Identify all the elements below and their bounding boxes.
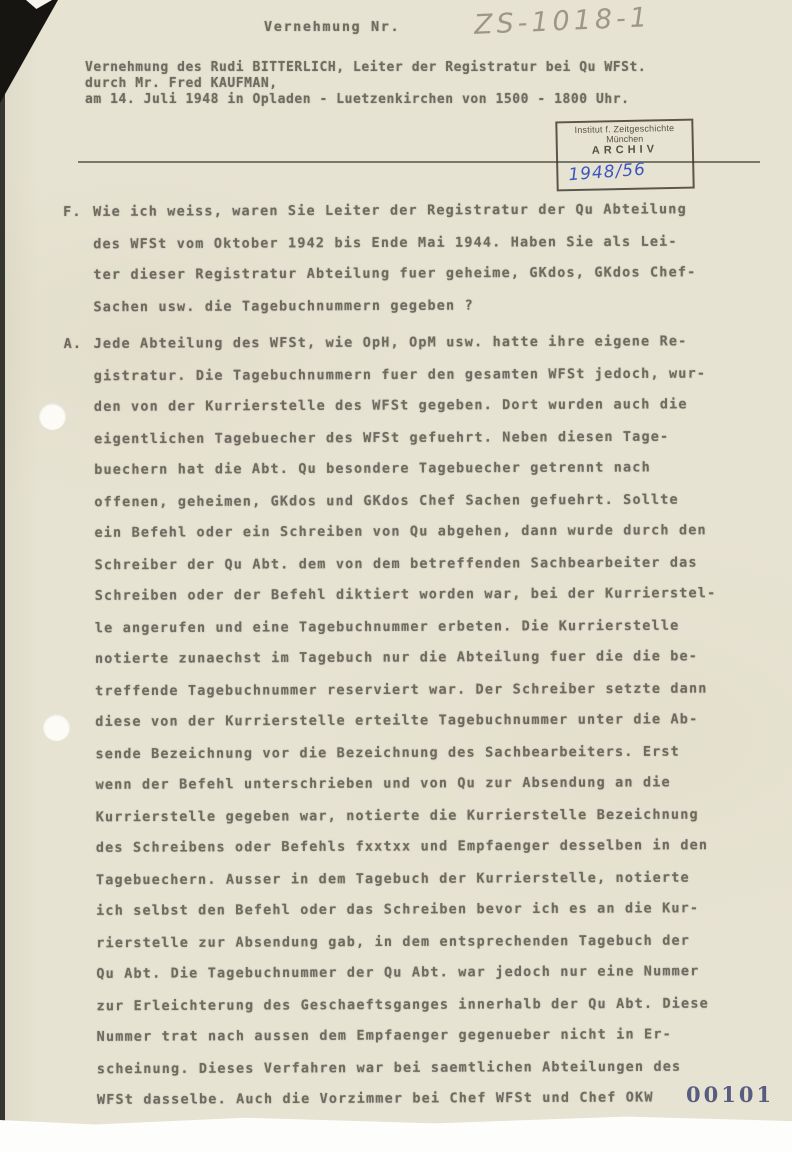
typed-line: ein Befehl oder ein Schreiben von Qu abg… — [94, 515, 739, 549]
typed-line: den von der Kurrierstelle des WFSt gegeb… — [94, 389, 739, 423]
preamble: Vernehmung des Rudi BITTERLICH, Leiter d… — [85, 60, 646, 108]
typed-line: Jede Abteilung des WFSt, wie OpH, OpM us… — [94, 326, 739, 360]
typed-line: zur Erleichterung des Geschaeftsganges i… — [96, 988, 741, 1022]
typed-line: Tagebuechern. Ausser in dem Tagebuch der… — [96, 862, 741, 896]
typed-line: diese von der Kurrierstelle erteilte Tag… — [95, 704, 740, 738]
typed-line: Kurrierstelle gegeben war, notierte die … — [96, 799, 741, 833]
qa-lines: Jede Abteilung des WFSt, wie OpH, OpM us… — [94, 326, 742, 1116]
punch-hole — [39, 403, 66, 430]
qa-lines: Wie ich weiss, waren Sie Leiter der Regi… — [93, 194, 739, 323]
typed-line: WFSt dasselbe. Auch die Vorzimmer bei Ch… — [97, 1082, 742, 1116]
qa-section: F.Wie ich weiss, waren Sie Leiter der Re… — [63, 194, 742, 1116]
typed-line: ter dieser Registratur Abteilung fuer ge… — [93, 257, 738, 291]
typed-line: sende Bezeichnung vor die Bezeichnung de… — [95, 736, 740, 770]
archive-stamp-number-handwritten: 1948/56 — [568, 160, 647, 186]
document-page: Vernehmung Nr. ZS-1018-1 Vernehmung des … — [0, 0, 792, 1129]
typed-line: le angerufen und eine Tagebuchnummer erb… — [95, 610, 740, 644]
typed-line: rierstelle zur Absendung gab, in dem ent… — [96, 925, 741, 959]
typed-line: Schreiber der Qu Abt. dem von dem betref… — [95, 547, 740, 581]
typed-line: des WFSt vom Oktober 1942 bis Ende Mai 1… — [93, 226, 738, 260]
typed-line: gistratur. Die Tagebuchnummern fuer den … — [94, 358, 739, 392]
question-block: F.Wie ich weiss, waren Sie Leiter der Re… — [63, 194, 739, 323]
typed-line: Wie ich weiss, waren Sie Leiter der Regi… — [93, 194, 738, 228]
typed-line: treffende Tagebuchnummer reserviert war.… — [95, 673, 740, 707]
archive-reference-handwritten: ZS-1018-1 — [473, 2, 651, 41]
preamble-line: am 14. Juli 1948 in Opladen - Luetzenkir… — [85, 92, 646, 108]
typed-line: wenn der Befehl unterschrieben und von Q… — [95, 767, 740, 801]
document-title: Vernehmung Nr. — [264, 19, 400, 35]
typed-line: eigentlichen Tagebuecher des WFSt gefueh… — [94, 421, 739, 455]
typed-line: Qu Abt. Die Tagebuchnummer der Qu Abt. w… — [96, 956, 741, 990]
qa-marker: A. — [64, 329, 83, 361]
archive-stamp-archiv-label: ARCHIV — [558, 143, 692, 158]
scan-corner-artifact — [0, 0, 58, 103]
qa-marker: F. — [63, 197, 82, 229]
answer-block: A.Jede Abteilung des WFSt, wie OpH, OpM … — [64, 326, 742, 1116]
preamble-line: durch Mr. Fred KAUFMAN, — [85, 76, 646, 92]
scan-edge-artifact — [0, 0, 5, 1122]
typed-line: des Schreibens oder Befehls fxxtxx und E… — [96, 830, 741, 864]
typed-line: Sachen usw. die Tagebuchnummern gegeben … — [93, 289, 738, 323]
typed-line: Schreiben oder der Befehl diktiert worde… — [95, 578, 740, 612]
typed-line: notierte zunaechst im Tagebuch nur die A… — [95, 641, 740, 675]
page-number-stamp: 00101 — [686, 1082, 774, 1107]
typed-line: buechern hat die Abt. Qu besondere Tageb… — [94, 452, 739, 486]
typed-line: offenen, geheimen, GKdos und GKdos Chef … — [94, 484, 739, 518]
preamble-line: Vernehmung des Rudi BITTERLICH, Leiter d… — [85, 60, 646, 76]
typed-line: Nummer trat nach aussen dem Empfaenger g… — [97, 1019, 742, 1053]
typed-line: ich selbst den Befehl oder das Schreiben… — [96, 893, 741, 927]
typed-line: scheinung. Dieses Verfahren war bei saem… — [97, 1051, 742, 1085]
archive-stamp: Institut f. Zeitgeschichte München ARCHI… — [555, 119, 694, 192]
